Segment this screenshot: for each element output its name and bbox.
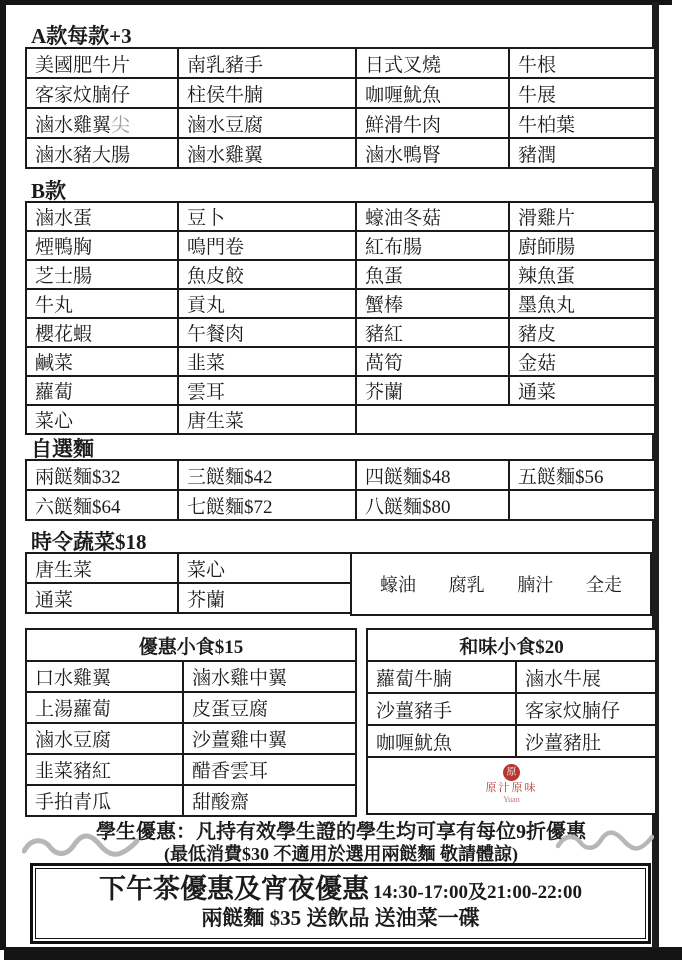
promo-headline: 下午茶優惠及宵夜優惠 14:30-17:00及21:00-22:00	[99, 874, 582, 905]
menu-item: 墨魚丸	[509, 289, 655, 318]
menu-item-gray-suffix: 尖	[111, 115, 130, 136]
table-row: 客家炆腩仔柱侯牛腩咖喱魷魚牛展	[26, 78, 655, 108]
sauce-options-box: 蠔油 腐乳 腩汁 全走	[350, 552, 652, 616]
menu-item: 通菜	[509, 376, 655, 405]
restaurant-logo-cell: 原 原汁原味 Yuan	[367, 757, 656, 814]
menu-item: 兩餸麵$32	[26, 460, 178, 490]
menu-item: 菜心	[178, 553, 353, 583]
logo-seal-icon: 原	[503, 764, 520, 781]
vegetables-table: 唐生菜菜心通菜芥蘭	[25, 552, 354, 614]
table-row: 牛丸貢丸蟹棒墨魚丸	[26, 289, 655, 318]
table-row: 唐生菜菜心	[26, 553, 353, 583]
menu-item: 芥蘭	[356, 376, 509, 405]
menu-item: 牛展	[509, 78, 655, 108]
menu-item: 咖喱魷魚	[356, 78, 509, 108]
menu-item: 蠔油冬菇	[356, 202, 509, 231]
menu-item: 沙薑豬肚	[516, 725, 656, 757]
menu-item: 韭菜豬紅	[26, 754, 183, 785]
menu-item: 通菜	[26, 583, 178, 613]
promo-offer: 兩餸麵 $35 送飲品 送油菜一碟	[201, 905, 479, 932]
table-row: 芝士腸魚皮餃魚蛋辣魚蛋	[26, 260, 655, 289]
menu-item: 蘿蔔	[26, 376, 178, 405]
table-row: 滷水蛋豆卜蠔油冬菇滑雞片	[26, 202, 655, 231]
menu-item: 八餸麵$80	[356, 490, 509, 520]
menu-item: 牛根	[509, 48, 655, 78]
tasty-snacks-table: 和味小食$20 蘿蔔牛腩滷水牛展沙薑豬手客家炆腩仔咖喱魷魚沙薑豬肚 原 原汁原味…	[366, 628, 657, 815]
menu-item: 芥蘭	[178, 583, 353, 613]
menu-item: 鹹菜	[26, 347, 178, 376]
menu-item: 雲耳	[178, 376, 356, 405]
wave-decoration-right	[556, 830, 654, 854]
table-row: 鹹菜韭菜萵筍金菇	[26, 347, 655, 376]
menu-item: 客家炆腩仔	[26, 78, 178, 108]
menu-item: 沙薑雞中翼	[183, 723, 356, 754]
menu-item: 唐生菜	[26, 553, 178, 583]
table-row: 滷水豆腐沙薑雞中翼	[26, 723, 356, 754]
menu-item: 客家炆腩仔	[516, 693, 656, 725]
menu-item: 紅布腸	[356, 231, 509, 260]
menu-item: 萵筍	[356, 347, 509, 376]
photo-edge-left	[0, 0, 6, 950]
table-row: 美國肥牛片南乳豬手日式叉燒牛根	[26, 48, 655, 78]
sauce-option: 腩汁	[517, 571, 553, 597]
menu-item: 七餸麵$72	[178, 490, 356, 520]
menu-item: 滷水雞中翼	[183, 661, 356, 692]
table-row: 咖喱魷魚沙薑豬肚	[367, 725, 656, 757]
photo-edge-bottom	[4, 947, 682, 960]
menu-item: 美國肥牛片	[26, 48, 178, 78]
sauce-option: 腐乳	[449, 571, 485, 597]
table-row: 手拍青瓜甜酸齋	[26, 785, 356, 816]
sauce-option: 全走	[586, 571, 622, 597]
section-a-table: 美國肥牛片南乳豬手日式叉燒牛根客家炆腩仔柱侯牛腩咖喱魷魚牛展滷水雞翼尖滷水豆腐鮮…	[25, 47, 656, 169]
promo-time: 14:30-17:00及21:00-22:00	[373, 882, 582, 903]
sauce-option: 蠔油	[380, 571, 416, 597]
menu-item: 六餸麵$64	[26, 490, 178, 520]
promo-box: 下午茶優惠及宵夜優惠 14:30-17:00及21:00-22:00 兩餸麵 $…	[30, 863, 651, 944]
value-snacks-table: 優惠小食$15 口水雞翼滷水雞中翼上湯蘿蔔皮蛋豆腐滷水豆腐沙薑雞中翼韭菜豬紅醋香…	[25, 628, 357, 817]
menu-item: 咖喱魷魚	[367, 725, 516, 757]
menu-item	[356, 405, 655, 434]
menu-item: 廚師腸	[509, 231, 655, 260]
table-row: 六餸麵$64七餸麵$72八餸麵$80	[26, 490, 655, 520]
table-row: 滷水雞翼尖滷水豆腐鮮滑牛肉牛柏葉	[26, 108, 655, 138]
menu-item: 蘿蔔牛腩	[367, 661, 516, 693]
menu-item: 沙薑豬手	[367, 693, 516, 725]
menu-item: 醋香雲耳	[183, 754, 356, 785]
menu-item: 蟹棒	[356, 289, 509, 318]
table-row: 滷水豬大腸滷水雞翼滷水鴨腎豬潤	[26, 138, 655, 168]
menu-item: 皮蛋豆腐	[183, 692, 356, 723]
menu-item: 豬紅	[356, 318, 509, 347]
menu-item: 滷水蛋	[26, 202, 178, 231]
table-row: 沙薑豬手客家炆腩仔	[367, 693, 656, 725]
menu-item: 南乳豬手	[178, 48, 356, 78]
table-row: 兩餸麵$32三餸麵$42四餸麵$48五餸麵$56	[26, 460, 655, 490]
menu-item: 手拍青瓜	[26, 785, 183, 816]
menu-item: 四餸麵$48	[356, 460, 509, 490]
menu-item: 五餸麵$56	[509, 460, 655, 490]
menu-item: 滷水雞翼尖	[26, 108, 178, 138]
menu-item: 鳴門卷	[178, 231, 356, 260]
menu-item: 滷水雞翼	[178, 138, 356, 168]
menu-item: 甜酸齋	[183, 785, 356, 816]
menu-item: 辣魚蛋	[509, 260, 655, 289]
table-row: 蘿蔔雲耳芥蘭通菜	[26, 376, 655, 405]
menu-item: 煙鴨胸	[26, 231, 178, 260]
menu-item: 唐生菜	[178, 405, 356, 434]
menu-item: 魚皮餃	[178, 260, 356, 289]
menu-item: 滷水豆腐	[178, 108, 356, 138]
menu-item: 金菇	[509, 347, 655, 376]
menu-item: 口水雞翼	[26, 661, 183, 692]
logo-roman-name: Yuan	[486, 796, 538, 804]
table-row: 煙鴨胸鳴門卷紅布腸廚師腸	[26, 231, 655, 260]
menu-item: 滷水豆腐	[26, 723, 183, 754]
promo-box-inner: 下午茶優惠及宵夜優惠 14:30-17:00及21:00-22:00 兩餸麵 $…	[35, 868, 646, 939]
menu-item-text: 滷水雞翼	[35, 115, 111, 136]
menu-item: 豬皮	[509, 318, 655, 347]
menu-item: 豆卜	[178, 202, 356, 231]
menu-item: 滑雞片	[509, 202, 655, 231]
menu-item: 柱侯牛腩	[178, 78, 356, 108]
menu-item: 魚蛋	[356, 260, 509, 289]
menu-item: 芝士腸	[26, 260, 178, 289]
menu-item: 午餐肉	[178, 318, 356, 347]
restaurant-logo: 原 原汁原味 Yuan	[486, 764, 538, 804]
tasty-snacks-header: 和味小食$20	[367, 629, 656, 661]
table-row: 韭菜豬紅醋香雲耳	[26, 754, 356, 785]
menu-item: 菜心	[26, 405, 178, 434]
table-row: 通菜芥蘭	[26, 583, 353, 613]
menu-item: 滷水鴨腎	[356, 138, 509, 168]
table-row: 蘿蔔牛腩滷水牛展	[367, 661, 656, 693]
menu-item: 日式叉燒	[356, 48, 509, 78]
table-row: 菜心唐生菜	[26, 405, 655, 434]
table-row: 口水雞翼滷水雞中翼	[26, 661, 356, 692]
menu-item: 牛丸	[26, 289, 178, 318]
menu-item: 上湯蘿蔔	[26, 692, 183, 723]
menu-item: 滷水豬大腸	[26, 138, 178, 168]
menu-item: 豬潤	[509, 138, 655, 168]
menu-item: 三餸麵$42	[178, 460, 356, 490]
noodles-table: 兩餸麵$32三餸麵$42四餸麵$48五餸麵$56六餸麵$64七餸麵$72八餸麵$…	[25, 459, 656, 521]
menu-item	[509, 490, 655, 520]
menu-item: 牛柏葉	[509, 108, 655, 138]
wave-decoration-left	[22, 833, 140, 859]
menu-item: 鮮滑牛肉	[356, 108, 509, 138]
promo-title: 下午茶優惠及宵夜優惠	[99, 874, 369, 904]
table-row: 上湯蘿蔔皮蛋豆腐	[26, 692, 356, 723]
logo-name: 原汁原味	[486, 783, 538, 794]
section-a-title: A款每款+3	[31, 20, 132, 50]
menu-item: 滷水牛展	[516, 661, 656, 693]
value-snacks-header: 優惠小食$15	[26, 629, 356, 661]
section-b-table: 滷水蛋豆卜蠔油冬菇滑雞片煙鴨胸鳴門卷紅布腸廚師腸芝士腸魚皮餃魚蛋辣魚蛋牛丸貢丸蟹…	[25, 201, 656, 435]
menu-item: 貢丸	[178, 289, 356, 318]
menu-item: 韭菜	[178, 347, 356, 376]
table-row: 櫻花蝦午餐肉豬紅豬皮	[26, 318, 655, 347]
photo-edge-top	[0, 0, 672, 5]
menu-item: 櫻花蝦	[26, 318, 178, 347]
